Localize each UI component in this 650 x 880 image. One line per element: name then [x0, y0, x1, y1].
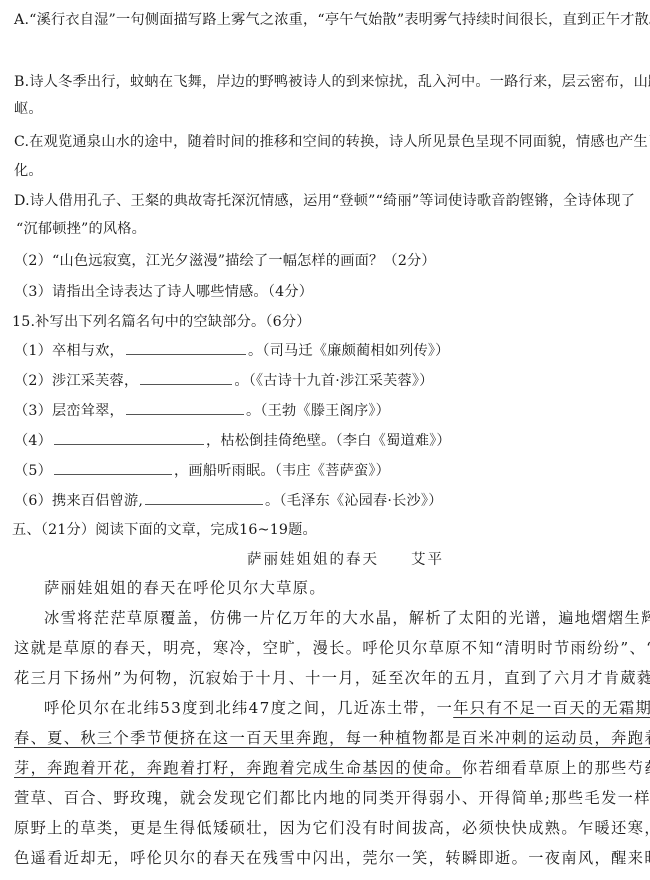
- fill-blank-4: （4），枯松倒挂倚绝壁。（李白《蜀道难》）: [14, 430, 451, 451]
- answer-blank[interactable]: [54, 460, 172, 475]
- underlined-sentence: 年只有不足一百天的无霜期，: [453, 699, 650, 717]
- fill-blank-prefix: （3）层峦耸翠，: [14, 403, 124, 419]
- essay-paragraph-3-line3: 芽，奔跑着开花，奔跑着打籽，奔跑着完成生命基因的使命。你若细看草原上的那些芍药、: [14, 758, 650, 778]
- fill-blank-suffix: 。（司马迁《廉颇蔺相如列传》）: [248, 343, 450, 359]
- fill-blank-suffix: ，画船听雨眠。（韦庄《菩萨蛮》）: [174, 463, 390, 479]
- essay-paragraph-2-line1: 冰雪将茫茫草原覆盖，仿佛一片亿万年的大水晶，解析了太阳的光谱，遍地熠熠生辉。: [44, 608, 650, 628]
- question-2: （2）“山色远寂寞，江光夕滋漫”描绘了一幅怎样的画面？（2分）: [14, 251, 436, 271]
- option-d-line1: D.诗人借用孔子、王粲的典故寄托深沉情感，运用“登顿”“绮丽”等词使诗歌音韵铿锵…: [14, 191, 635, 211]
- essay-title-text: 萨丽娃姐姐的春天: [247, 552, 379, 568]
- fill-blank-prefix: （6）携来百侣曾游,: [14, 493, 143, 509]
- fill-blank-prefix: （5）: [14, 463, 52, 479]
- option-c-line1: C.在观览通泉山水的途中，随着时间的推移和空间的转换，诗人所见景色呈现不同面貌，…: [14, 132, 650, 152]
- essay-text: 你若细看草原上的那些芍药、: [462, 759, 650, 777]
- answer-blank[interactable]: [140, 370, 232, 385]
- option-d-line2: “沉郁顿挫”的风格。: [16, 219, 146, 239]
- fill-blank-suffix: 。（王勃《滕王阁序》）: [246, 403, 390, 419]
- option-c-line2: 化。: [14, 161, 43, 181]
- essay-paragraph-3-line6: 色遥看近却无，呼伦贝尔的春天在残雪中闪出，莞尔一笑，转瞬即逝。一夜南风，醒来时百: [14, 848, 650, 868]
- answer-blank[interactable]: [126, 400, 244, 415]
- essay-text: 呼伦贝尔在北纬53度到北纬47度之间，几近冻土带，一: [44, 699, 453, 717]
- question-3: （3）请指出全诗表达了诗人哪些情感。（4分）: [14, 282, 313, 302]
- option-a: A.“溪行衣自湿”一句侧面描写路上雾气之浓重，“亭午气始散”表明雾气持续时间很长…: [14, 10, 650, 30]
- essay-title: 萨丽娃姐姐的春天艾平: [247, 548, 444, 569]
- essay-paragraph-3-line2: 春、夏、秋三个季节便挤在这一百天里奔跑，每一种植物都是百米冲刺的运动员，奔跑着发: [14, 728, 650, 748]
- option-b-line2: 岖。: [14, 99, 43, 119]
- question-15: 15.补写出下列名篇名句中的空缺部分。（6分）: [12, 312, 311, 332]
- essay-paragraph-3-line5: 原野上的草类，更是生得低矮硕壮，因为它们没有时间拔高，必须快快成熟。乍暖还寒，草: [14, 818, 650, 838]
- underlined-sentence: 芽，奔跑着开花，奔跑着打籽，奔跑着完成生命基因的使命。: [14, 759, 462, 777]
- section-5-heading: 五、（21分）阅读下面的文章，完成16~19题。: [12, 520, 317, 540]
- answer-blank[interactable]: [54, 430, 204, 445]
- essay-paragraph-2-line3: 花三月下扬州”为何物，沉寂始于十月、十一月，延至次年的五月，直到了六月才肯葳蕤。: [14, 668, 650, 688]
- option-b-line1: B.诗人冬季出行，蚊蚋在飞舞，岸边的野鸭被诗人的到来惊扰，乱入河中。一路行来，层…: [14, 72, 650, 92]
- fill-blank-6: （6）携来百侣曾游,。（毛泽东《沁园春·长沙》）: [14, 490, 443, 511]
- answer-blank[interactable]: [145, 490, 263, 505]
- fill-blank-5: （5），画船听雨眠。（韦庄《菩萨蛮》）: [14, 460, 390, 481]
- answer-blank[interactable]: [126, 340, 246, 355]
- fill-blank-prefix: （2）涉江采芙蓉，: [14, 373, 138, 389]
- essay-paragraph-3-line4: 萱草、百合、野玫瑰，就会发现它们都比内地的同类开得弱小、开得简单;那些毛发一样附…: [14, 788, 650, 808]
- fill-blank-3: （3）层峦耸翠，。（王勃《滕王阁序》）: [14, 400, 390, 421]
- essay-paragraph-3-line1: 呼伦贝尔在北纬53度到北纬47度之间，几近冻土带，一年只有不足一百天的无霜期，: [44, 698, 650, 718]
- fill-blank-suffix: 。（《古诗十九首·涉江采芙蓉》）: [234, 373, 433, 389]
- fill-blank-1: （1）卒相与欢，。（司马迁《廉颇蔺相如列传》）: [14, 340, 450, 361]
- essay-author: 艾平: [411, 552, 444, 568]
- essay-paragraph-1: 萨丽娃姐姐的春天在呼伦贝尔大草原。: [44, 578, 326, 598]
- fill-blank-2: （2）涉江采芙蓉，。（《古诗十九首·涉江采芙蓉》）: [14, 370, 434, 391]
- fill-blank-prefix: （1）卒相与欢，: [14, 343, 124, 359]
- fill-blank-prefix: （4）: [14, 433, 52, 449]
- fill-blank-suffix: 。（毛泽东《沁园春·长沙》）: [265, 493, 443, 509]
- essay-paragraph-2-line2: 这就是草原的春天，明亮，寒冷，空旷，漫长。呼伦贝尔草原不知“清明时节雨纷纷”、“…: [14, 638, 650, 658]
- fill-blank-suffix: ，枯松倒挂倚绝壁。（李白《蜀道难》）: [206, 433, 451, 449]
